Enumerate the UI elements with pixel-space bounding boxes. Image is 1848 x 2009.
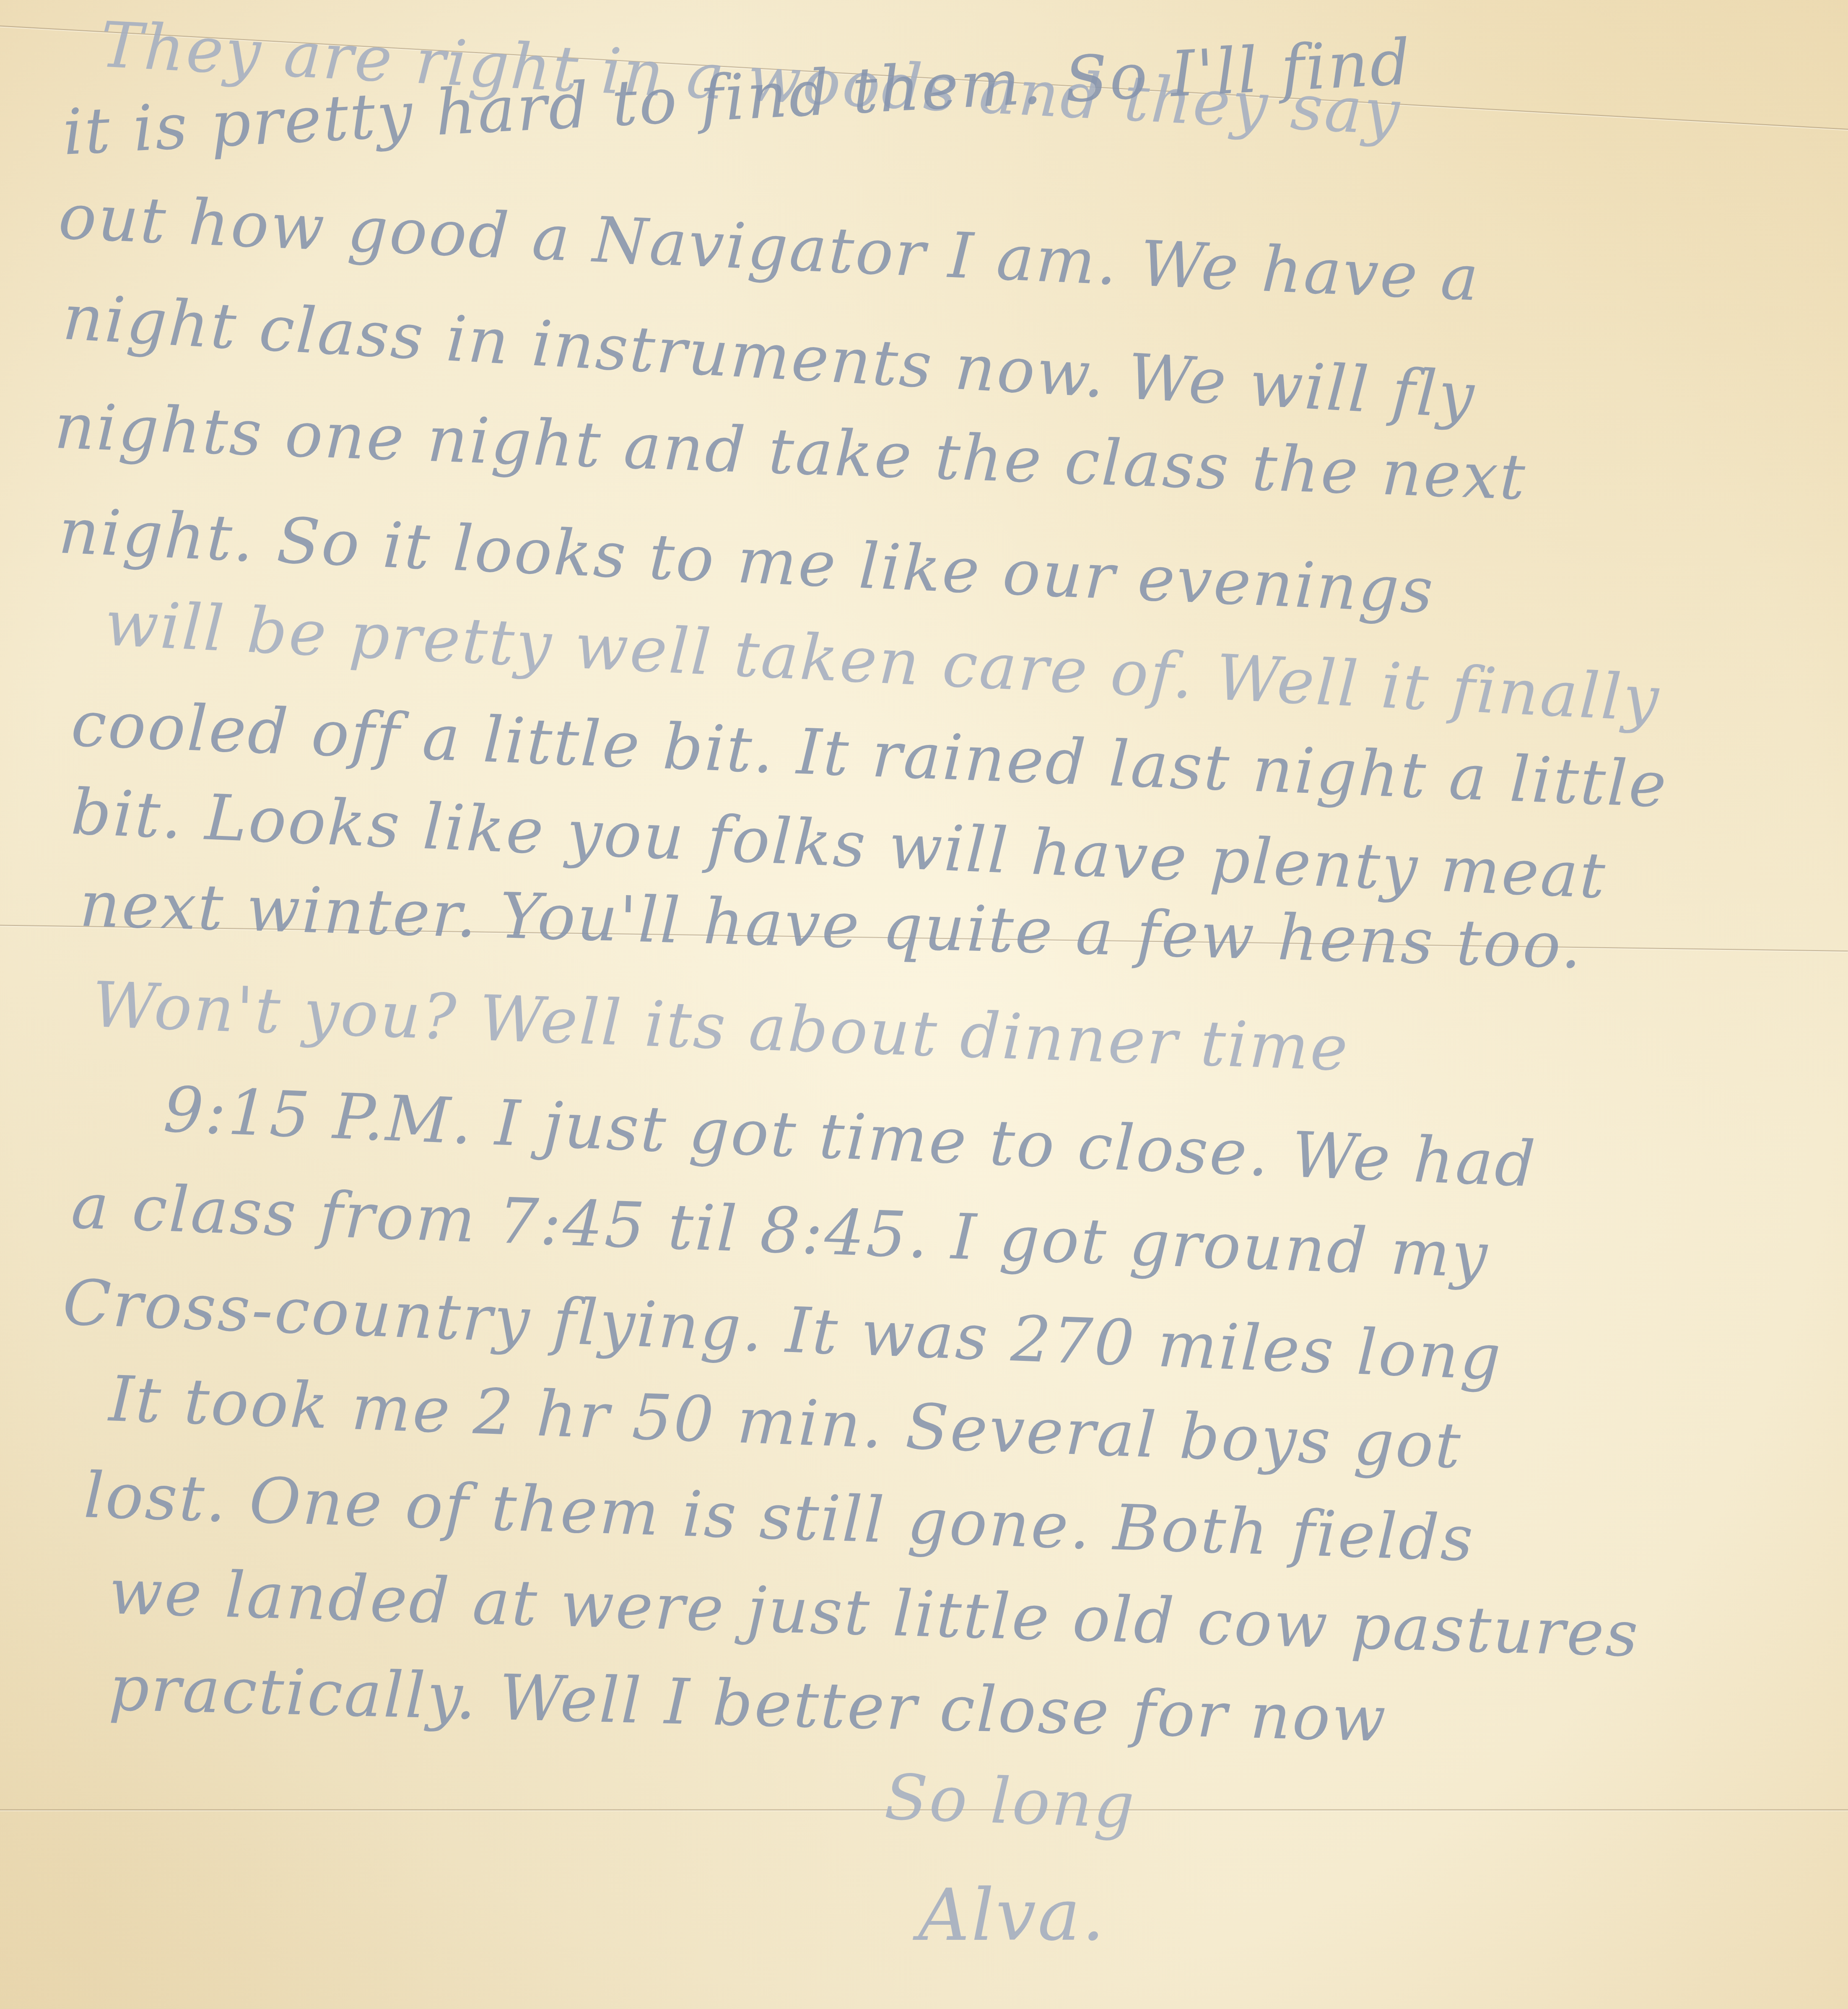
- letter-signature: Alva.: [918, 1874, 1106, 1957]
- letter-page: They are right in a woods and they say i…: [0, 0, 1848, 2009]
- letter-closing: So long: [883, 1761, 1137, 1843]
- letter-line: Won't you? Well its about dinner time: [91, 968, 1350, 1085]
- letter-line: practically. Well I better close for now: [108, 1652, 1388, 1756]
- letter-line: lost. One of them is still gone. Both fi…: [83, 1459, 1476, 1576]
